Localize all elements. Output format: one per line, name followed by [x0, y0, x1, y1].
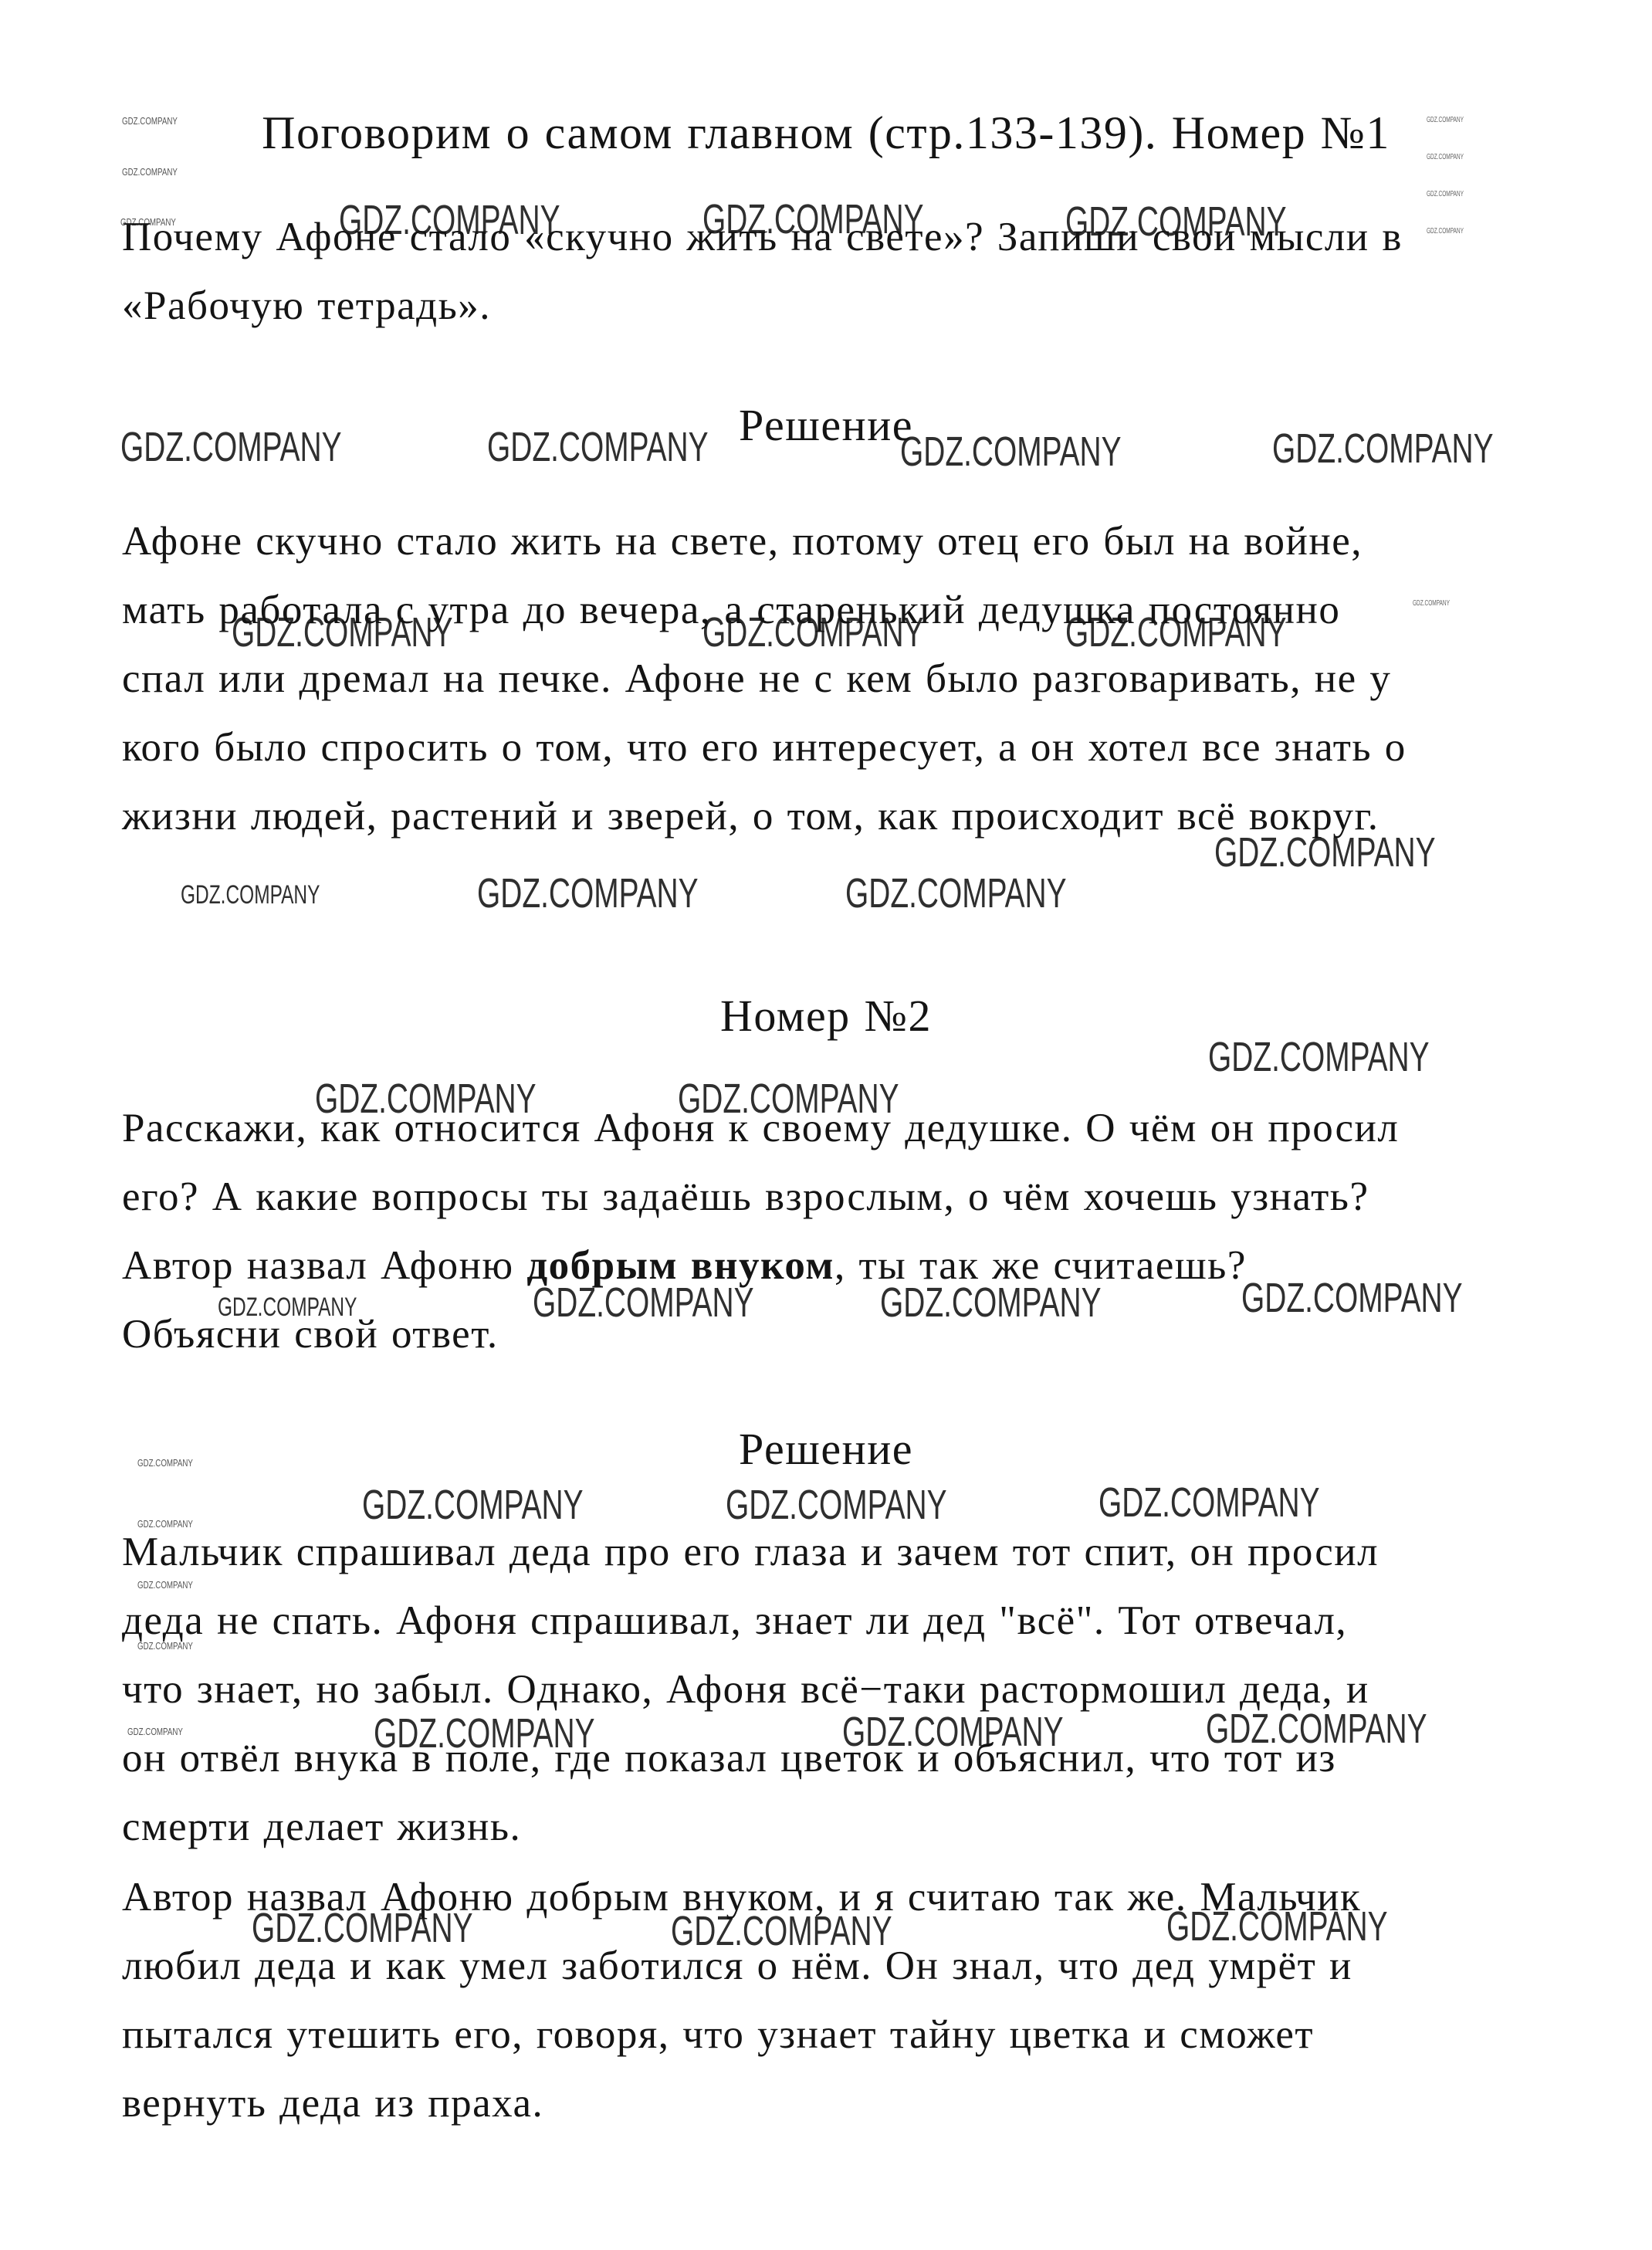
solution2-answer-line: деда не спать. Афоня спрашивал, знает ли…	[122, 1601, 1347, 1642]
watermark-text: GDZ.COMPANY	[1427, 228, 1464, 236]
watermark-text: GDZ.COMPANY	[181, 882, 320, 908]
watermark-text: GDZ.COMPANY	[726, 1484, 947, 1526]
question2-line: Расскажи, как относится Афоня к своему д…	[122, 1108, 1399, 1149]
solution2-answer-line: любил деда и как умел заботился о нём. О…	[122, 1946, 1352, 1987]
watermark-text: GDZ.COMPANY	[1208, 1036, 1430, 1078]
watermark-text: GDZ.COMPANY	[845, 873, 1067, 914]
solution2-answer-line: смерти делает жизнь.	[122, 1807, 521, 1848]
question2-line3-bold-text: добрым внуком	[526, 1243, 834, 1288]
watermark-text: GDZ.COMPANY	[362, 1484, 584, 1526]
watermark-text: GDZ.COMPANY	[477, 873, 699, 914]
solution2-answer-line: пытался утешить его, говоря, что узнает …	[122, 2014, 1314, 2055]
watermark-text: GDZ.COMPANY	[137, 1519, 193, 1529]
watermark-text: GDZ.COMPANY	[1099, 1482, 1320, 1523]
watermark-text: GDZ.COMPANY	[1241, 1277, 1463, 1319]
watermark-text: GDZ.COMPANY	[1413, 600, 1450, 608]
watermark-text: GDZ.COMPANY	[533, 1282, 754, 1323]
task2-heading: Номер №2	[0, 994, 1652, 1039]
watermark-text: GDZ.COMPANY	[122, 167, 178, 177]
question2-line: Объясни свой ответ.	[122, 1314, 499, 1355]
solution2-heading: Решение	[0, 1427, 1652, 1472]
question2-line: Автор назвал Афоню добрым внуком, ты так…	[122, 1245, 1247, 1286]
solution2-answer-line: вернуть деда из праха.	[122, 2083, 543, 2124]
question2-line3-suffix: , ты так же считаешь?	[834, 1243, 1247, 1288]
solution2-answer-line: что знает, но забыл. Однако, Афоня всё−т…	[122, 1669, 1369, 1710]
solution1-answer-line: мать работала с утра до вечера, а старен…	[122, 590, 1340, 631]
question1-line: «Рабочую тетрадь».	[122, 286, 491, 327]
solution1-answer-line: жизни людей, растений и зверей, о том, к…	[122, 796, 1379, 837]
watermark-text: GDZ.COMPANY	[880, 1282, 1102, 1323]
solution2-answer-line: Мальчик спрашивал деда про его глаза и з…	[122, 1532, 1379, 1573]
page-title: Поговорим о самом главном (стр.133-139).…	[0, 110, 1652, 156]
solution2-answer-line: он отвёл внука в поле, где показал цвето…	[122, 1738, 1336, 1779]
solution1-answer-line: Афоне скучно стало жить на свете, потому…	[122, 521, 1363, 562]
question1-line: Почему Афоне стало «скучно жить на свете…	[122, 217, 1403, 258]
watermark-text: GDZ.COMPANY	[137, 1580, 193, 1590]
solution1-heading: Решение	[0, 403, 1652, 448]
solution1-answer-line: спал или дремал на печке. Афоне не с кем…	[122, 659, 1391, 700]
watermark-text: GDZ.COMPANY	[1427, 191, 1464, 198]
solution1-answer-line: кого было спросить о том, что его интере…	[122, 727, 1407, 768]
question2-line: его? А какие вопросы ты задаёшь взрослым…	[122, 1177, 1369, 1218]
question2-line3-prefix: Автор назвал Афоню	[122, 1243, 526, 1288]
solution2-answer-line: Автор назвал Афоню добрым внуком, и я сч…	[122, 1877, 1361, 1918]
document-page: GDZ.COMPANYGDZ.COMPANYGDZ.COMPANYGDZ.COM…	[0, 0, 1652, 2250]
